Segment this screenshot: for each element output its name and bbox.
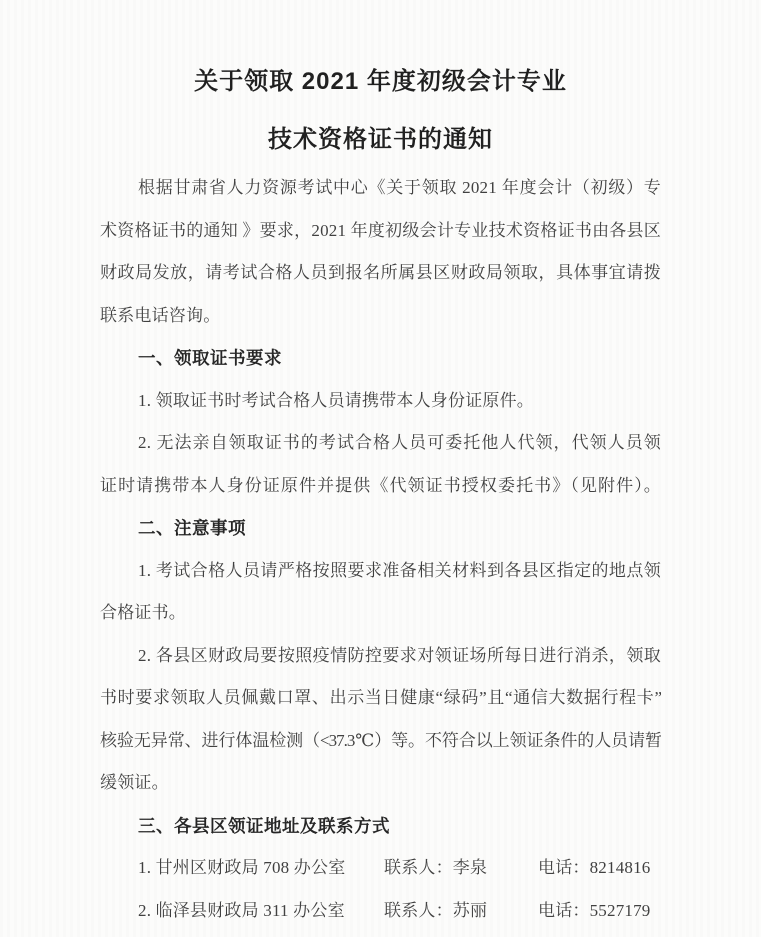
section1-item2-line-1: 2. 无法亲自领取证书的考试合格人员可委托他人代领，代领人员领 bbox=[100, 422, 661, 465]
intro-line-3: 财政局发放，请考试合格人员到报名所属县区财政局领取，具体事宜请拨打 bbox=[100, 252, 661, 295]
intro-line-1: 根据甘肃省人力资源考试中心《关于领取 2021 年度会计（初级）专业技 bbox=[100, 167, 661, 210]
section2-item2-line-4: 缓领证。 bbox=[100, 762, 661, 805]
section1-item1-line-1: 1. 领取证书时考试合格人员请携带本人身份证原件。 bbox=[100, 380, 661, 423]
document-body: 根据甘肃省人力资源考试中心《关于领取 2021 年度会计（初级）专业技 术资格证… bbox=[100, 167, 661, 932]
section1-item2-line-2: 证时请携带本人身份证原件并提供《代领证书授权委托书》（见附件）。 bbox=[100, 465, 661, 508]
section2-item1-line-2: 合格证书。 bbox=[100, 592, 661, 635]
section2-item1-line-1: 1. 考试合格人员请严格按照要求准备相关材料到各县区指定的地点领取 bbox=[100, 550, 661, 593]
contact-row-linze: 2. 临泽县财政局 311 办公室 联系人：苏丽 电话：5527179 bbox=[100, 890, 661, 933]
section2-item2-line-2: 书时要求领取人员佩戴口罩、出示当日健康“绿码”且“通信大数据行程卡” bbox=[100, 677, 661, 720]
intro-line-4: 联系电话咨询。 bbox=[100, 295, 661, 338]
contact-person: 联系人：苏丽 bbox=[384, 890, 524, 933]
intro-line-2: 术资格证书的通知 》要求，2021 年度初级会计专业技术资格证书由各县区 bbox=[100, 210, 661, 253]
contact-row-ganzhou: 1. 甘州区财政局 708 办公室 联系人：李泉 电话：8214816 bbox=[100, 847, 661, 890]
section1-heading: 一、领取证书要求 bbox=[100, 337, 661, 380]
contact-phone: 电话：8214816 bbox=[538, 847, 651, 890]
contact-address: 1. 甘州区财政局 708 办公室 bbox=[138, 847, 376, 890]
contact-address: 2. 临泽县财政局 311 办公室 bbox=[138, 890, 376, 933]
document-title-line-2: 技术资格证书的通知 bbox=[0, 111, 761, 169]
section3-heading: 三、各县区领证地址及联系方式 bbox=[100, 805, 661, 848]
section2-item2-line-3: 核验无异常、进行体温检测（<37.3℃）等。不符合以上领证条件的人员请暂 bbox=[100, 720, 661, 763]
contact-phone: 电话：5527179 bbox=[538, 890, 651, 933]
document-title-line-1: 关于领取 2021 年度初级会计专业 bbox=[0, 53, 761, 111]
section2-item2-line-1: 2. 各县区财政局要按照疫情防控要求对领证场所每日进行消杀，领取证 bbox=[100, 635, 661, 678]
scanned-notice-page: 关于领取 2021 年度初级会计专业 技术资格证书的通知 根据甘肃省人力资源考试… bbox=[0, 0, 761, 937]
contact-person: 联系人：李泉 bbox=[384, 847, 524, 890]
section2-heading: 二、注意事项 bbox=[100, 507, 661, 550]
document-title: 关于领取 2021 年度初级会计专业 技术资格证书的通知 bbox=[0, 0, 761, 169]
